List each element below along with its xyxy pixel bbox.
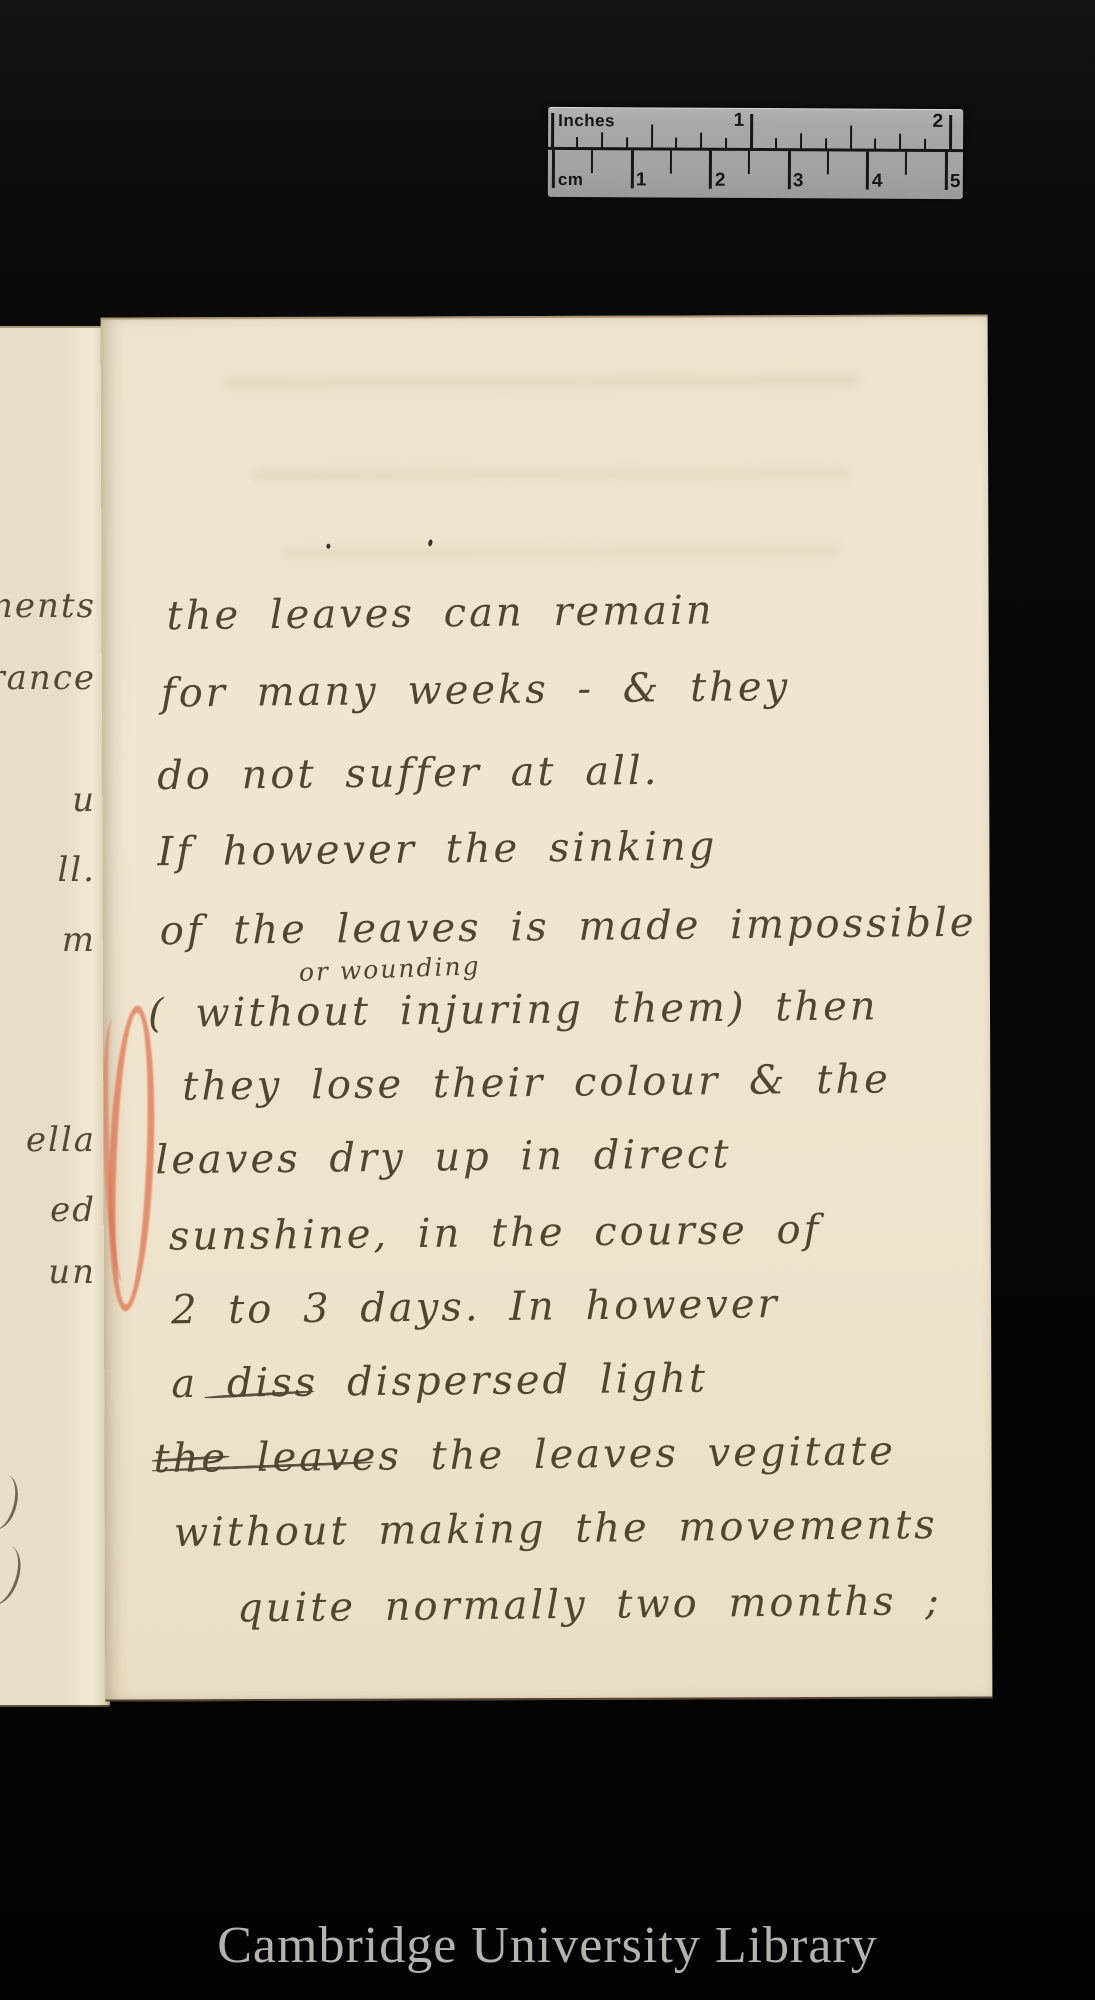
margin-fragment: m <box>0 920 110 960</box>
stray-ink-stroke <box>0 1540 28 1610</box>
margin-fragment: ll. <box>0 850 110 890</box>
margin-fragment: ments <box>0 586 110 626</box>
handwritten-line: ( without injuring them) then <box>148 983 879 1037</box>
handwritten-line: without making the movements <box>174 1502 938 1556</box>
handwritten-line: a diss dispersed light <box>171 1356 708 1408</box>
ruler-ticks <box>548 107 963 109</box>
handwritten-line: do not suffer at all. <box>157 748 660 799</box>
photographed-manuscript: Inches cm 1 2 1 2 3 4 5 ments pearance u… <box>0 0 1095 2000</box>
handwritten-line: of the leaves is made impossible <box>159 900 976 955</box>
handwritten-line: quite normally two months ; <box>237 1578 942 1631</box>
stray-ink-stroke <box>0 1471 23 1533</box>
handwritten-line: the leaves the leaves vegitate <box>153 1428 896 1482</box>
margin-fragment: ed <box>0 1190 110 1230</box>
handwritten-line: If however the sinking <box>157 823 717 875</box>
ruler-cm-number-3: 3 <box>793 170 815 192</box>
ruler-inch-number-2: 2 <box>921 111 943 133</box>
handwritten-line: leaves dry up in direct <box>155 1131 731 1183</box>
ink-showthrough <box>281 545 841 559</box>
handwritten-line: they lose their colour & the <box>182 1056 891 1109</box>
ruler-cm-number-1: 1 <box>636 169 658 191</box>
ruler-cm-number-4: 4 <box>872 171 894 193</box>
ruler-inches-label: Inches <box>558 111 615 131</box>
ruler-cm-number-2: 2 <box>715 170 737 192</box>
handwritten-line: for many weeks - & they <box>161 664 791 717</box>
ruler-cm-label: cm <box>558 170 584 190</box>
manuscript-page: the leaves can remain for many weeks - &… <box>101 314 993 1701</box>
ink-showthrough <box>221 375 861 389</box>
measurement-ruler: Inches cm 1 2 1 2 3 4 5 <box>548 107 963 199</box>
ruler-inch-number-1: 1 <box>722 110 744 132</box>
handwritten-line: 2 to 3 days. In however <box>171 1281 780 1333</box>
interlinear-insertion: or wounding <box>298 951 481 987</box>
margin-fragment: pearance <box>0 658 110 698</box>
facing-page-edge: ments pearance u ll. m ella ed un <box>0 326 110 1707</box>
ink-showthrough <box>251 467 851 481</box>
handwritten-line: sunshine, in the course of <box>169 1207 822 1260</box>
handwritten-line: the leaves can remain <box>166 587 714 639</box>
margin-fragment: un <box>0 1252 110 1292</box>
margin-fragment: ella <box>0 1120 110 1160</box>
margin-fragment: u <box>0 780 110 820</box>
ruler-cm-number-5: 5 <box>950 171 972 193</box>
ink-dot <box>326 544 330 549</box>
library-caption: Cambridge University Library <box>0 1916 1095 1975</box>
